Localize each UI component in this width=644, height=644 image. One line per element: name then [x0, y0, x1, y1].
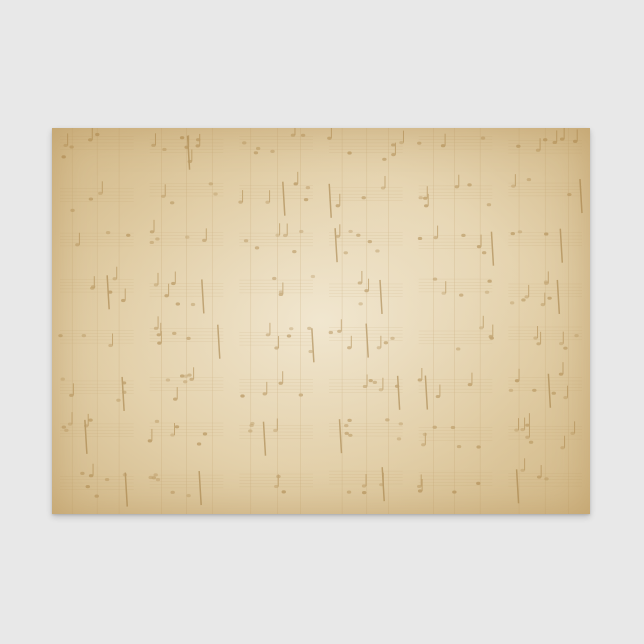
product-stage: [0, 0, 644, 644]
sheet-music-texture: [52, 128, 590, 514]
sheet-music-card: [52, 128, 590, 514]
